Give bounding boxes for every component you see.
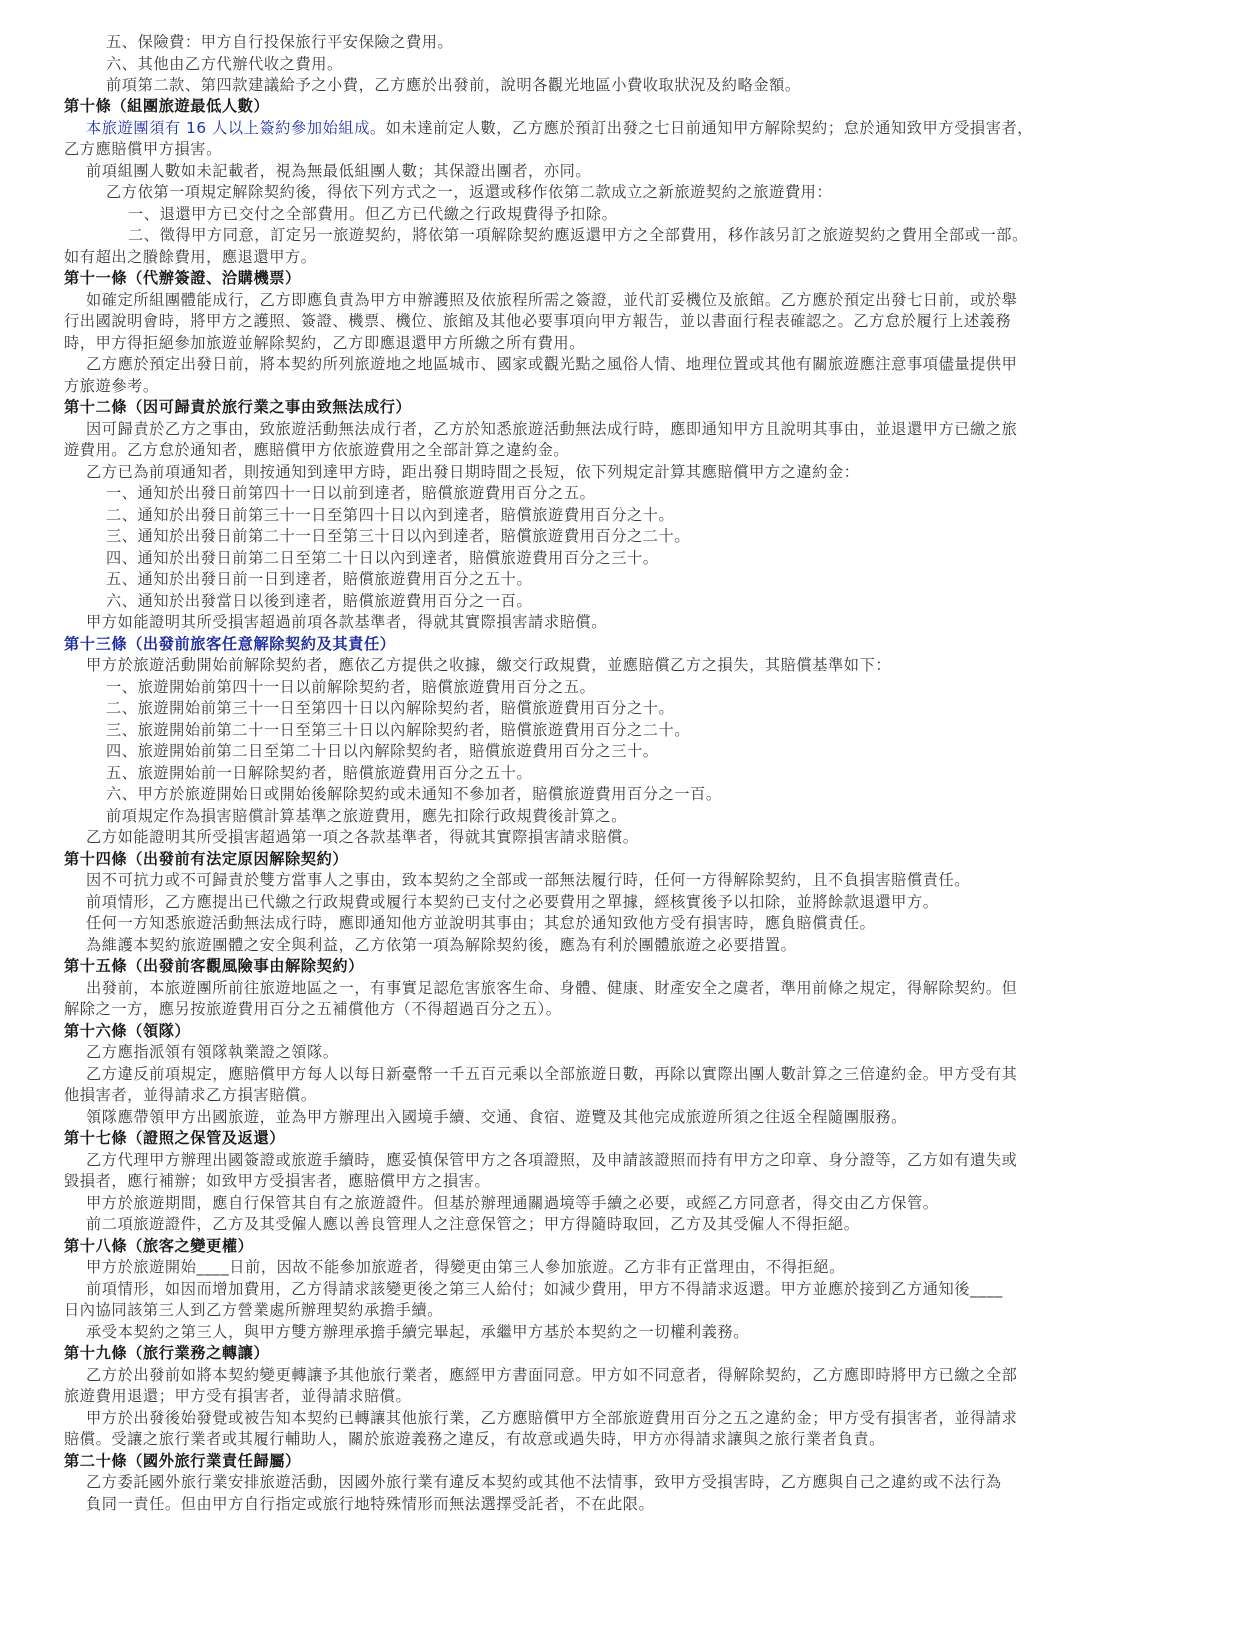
clause-16-para-2: 乙方違反前項規定，應賠償甲方每人以每日新臺幣一千五百元乘以全部旅遊日數，再除以實… [86,1063,1017,1085]
clause-11-para-1: 如確定所組團體能成行，乙方即應負責為甲方申辦護照及依旅程所需之簽證，並代訂妥機位… [86,289,1017,311]
clause-9-item-5: 五、保險費：甲方自行投保旅行平安保險之費用。 [106,31,453,53]
clause-12-item-5: 五、通知於出發日前一日到達者，賠償旅遊費用百分之五十。 [106,568,532,590]
clause-16-para-3: 領隊應帶領甲方出國旅遊，並為甲方辦理出入國境手續、交通、食宿、遊覽及其他完成旅遊… [86,1106,907,1128]
clause-10-para-2: 前項組團人數如未記載者，視為無最低組團人數；其保證出團者，亦同。 [86,160,591,182]
clause-13-para-3: 乙方如能證明其所受損害超過第一項之各款基準者，得就其實際損害請求賠償。 [86,826,639,848]
clause-16-heading: 第十六條（領隊） [64,1020,190,1042]
clause-16-para-1: 乙方應指派領有領隊執業證之領隊。 [86,1041,339,1063]
clause-14-para-1: 因不可抗力或不可歸責於雙方當事人之事由，致本契約之全部或一部無法履行時，任何一方… [86,869,970,891]
clause-13-item-2: 二、旅遊開始前第三十一日至第四十日以內解除契約者，賠償旅遊費用百分之十。 [106,697,674,719]
clause-12-para-1-cont: 遊費用。乙方怠於通知者，應賠償甲方依旅遊費用之全部計算之違約金。 [64,439,569,461]
clause-14-heading: 第十四條（出發前有法定原因解除契約） [64,848,348,870]
clause-12-item-3: 三、通知於出發日前第二十一日至第三十日以內到達者，賠償旅遊費用百分之二十。 [106,525,690,547]
clause-13-heading: 第十三條（出發前旅客任意解除契約及其責任） [64,633,396,655]
clause-10-para-1: 本旅遊團須有 16 人以上簽約參加始組成。如未達前定人數，乙方應於預訂出發之七日… [86,117,1033,139]
clause-12-para-2: 乙方已為前項通知者，則按通知到達甲方時，距出發日期時間之長短，依下列規定計算其應… [86,461,860,483]
clause-18-para-1: 甲方於旅遊開始____日前，因故不能參加旅遊者，得變更由第三人參加旅遊。乙方非有… [86,1256,845,1278]
contract-page: 五、保險費：甲方自行投保旅行平安保險之費用。 六、其他由乙方代辦代收之費用。 前… [0,0,1240,1650]
clause-10-para-3: 乙方依第一項規定解除契約後，得依下列方式之一，返還或移作依第二款成立之新旅遊契約… [106,181,832,203]
clause-14-para-2: 前項情形，乙方應提出已代繳之行政規費或履行本契約已支付之必要費用之單據，經核實後… [86,891,939,913]
clause-10-item-2-cont: 如有超出之賸餘費用，應退還甲方。 [64,246,317,268]
clause-15-para-1-cont: 解除之一方，應另按旅遊費用百分之五補償他方（不得超過百分之五）。 [64,998,562,1020]
clause-12-para-3: 甲方如能證明其所受損害超過前項各款基準者，得就其實際損害請求賠償。 [86,611,607,633]
clause-17-para-1: 乙方代理甲方辦理出國簽證或旅遊手續時，應妥慎保管甲方之各項證照，及申請該證照而持… [86,1149,1017,1171]
clause-11-para-2-cont: 方旅遊參考。 [64,375,159,397]
clause-12-heading: 第十二條（因可歸責於旅行業之事由致無法成行） [64,396,411,418]
clause-14-para-4: 為維護本契約旅遊團體之安全與利益，乙方依第一項為解除契約後，應為有利於團體旅遊之… [86,934,796,956]
clause-17-heading: 第十七條（證照之保管及返還） [64,1127,285,1149]
clause-10-para-1-cont: 乙方應賠償甲方損害。 [64,138,222,160]
clause-10-item-2: 二、徵得甲方同意，訂定另一旅遊契約，將依第一項解除契約應返還甲方之全部費用，移作… [128,224,1028,246]
clause-19-heading: 第十九條（旅行業務之轉讓） [64,1342,269,1364]
clause-12-item-6: 六、通知於出發當日以後到達者，賠償旅遊費用百分之一百。 [106,590,532,612]
clause-12-item-2: 二、通知於出發日前第三十一日至第四十日以內到達者，賠償旅遊費用百分之十。 [106,504,674,526]
clause-19-para-2-cont: 賠償。受讓之旅行業者或其履行輔助人，關於旅遊義務之違反，有故意或過失時，甲方亦得… [64,1428,885,1450]
clause-15-para-1: 出發前，本旅遊團所前往旅遊地區之一，有事實足認危害旅客生命、身體、健康、財產安全… [86,977,1017,999]
clause-17-para-1-cont: 毀損者，應行補辦；如致甲方受損害者，應賠償甲方之損害。 [64,1170,490,1192]
clause-11-para-1-cont: 行出國說明會時，將甲方之護照、簽證、機票、機位、旅館及其他必要事項向甲方報告，並… [64,310,1011,332]
clause-10-para-1-rest: 如未達前定人數，乙方應於預訂出發之七日前通知甲方解除契約；怠於通知致甲方受損害者… [386,119,1033,137]
clause-9-tip-note: 前項第二款、第四款建議給予之小費，乙方應於出發前，說明各觀光地區小費收取狀況及約… [106,74,801,96]
clause-12-para-1: 因可歸責於乙方之事由，致旅遊活動無法成行者，乙方於知悉旅遊活動無法成行時，應即通… [86,418,1017,440]
clause-11-heading: 第十一條（代辦簽證、洽購機票） [64,267,301,289]
clause-19-para-1: 乙方於出發前如將本契約變更轉讓予其他旅行業者，應經甲方書面同意。甲方如不同意者，… [86,1364,1017,1386]
clause-11-para-1-cont2: 時，甲方得拒絕參加旅遊並解除契約，乙方即應退還甲方所繳之所有費用。 [64,332,585,354]
clause-13-item-6: 六、甲方於旅遊開始日或開始後解除契約或未通知不參加者，賠償旅遊費用百分之一百。 [106,783,722,805]
clause-15-heading: 第十五條（出發前客觀風險事由解除契約） [64,955,364,977]
clause-13-para-1: 甲方於旅遊活動開始前解除契約者，應依乙方提供之收據，繳交行政規費，並應賠償乙方之… [86,654,891,676]
clause-13-item-4: 四、旅遊開始前第二日至第二十日以內解除契約者，賠償旅遊費用百分之三十。 [106,740,659,762]
clause-13-item-5: 五、旅遊開始前一日解除契約者，賠償旅遊費用百分之五十。 [106,762,532,784]
clause-20-para-1: 乙方委託國外旅行業安排旅遊活動，因國外旅行業有違反本契約或其他不法情事，致甲方受… [86,1471,1002,1493]
clause-18-heading: 第十八條（旅客之變更權） [64,1235,253,1257]
clause-12-item-1: 一、通知於出發日前第四十一日以前到達者，賠償旅遊費用百分之五。 [106,482,595,504]
clause-19-para-1-cont: 旅遊費用退還；甲方受有損害者，並得請求賠償。 [64,1385,411,1407]
min-group-size-text: 本旅遊團須有 16 人以上簽約參加始組成。 [86,119,386,137]
clause-13-para-2: 前項規定作為損害賠償計算基準之旅遊費用，應先扣除行政規費後計算之。 [106,805,627,827]
clause-16-para-2-cont: 他損害者，並得請求乙方損害賠償。 [64,1084,317,1106]
clause-18-para-3: 承受本契約之第三人，與甲方雙方辦理承擔手續完畢起，承繼甲方基於本契約之一切權利義… [86,1321,749,1343]
clause-17-para-3: 前二項旅遊證件，乙方及其受僱人應以善良管理人之注意保管之；甲方得隨時取回，乙方及… [86,1213,860,1235]
clause-10-heading: 第十條（組團旅遊最低人數） [64,95,269,117]
clause-13-item-1: 一、旅遊開始前第四十一日以前解除契約者，賠償旅遊費用百分之五。 [106,676,595,698]
clause-17-para-2: 甲方於旅遊期間，應自行保管其自有之旅遊證件。但基於辦理通關過境等手續之必要，或經… [86,1192,939,1214]
clause-10-item-1: 一、退還甲方已交付之全部費用。但乙方已代繳之行政規費得予扣除。 [128,203,617,225]
clause-13-item-3: 三、旅遊開始前第二十一日至第三十日以內解除契約者，賠償旅遊費用百分之二十。 [106,719,690,741]
clause-19-para-2: 甲方於出發後始發覺或被告知本契約已轉讓其他旅行業，乙方應賠償甲方全部旅遊費用百分… [86,1407,1017,1429]
clause-18-para-2: 前項情形，如因而增加費用，乙方得請求該變更後之第三人給付；如減少費用，甲方不得請… [86,1278,1003,1300]
clause-14-para-3: 任何一方知悉旅遊活動無法成行時，應即通知他方並說明其事由；其怠於通知致他方受有損… [86,912,875,934]
clause-11-para-2: 乙方應於預定出發日前，將本契約所列旅遊地之地區城市、國家或觀光點之風俗人情、地理… [86,353,1017,375]
clause-12-item-4: 四、通知於出發日前第二日至第二十日以內到達者，賠償旅遊費用百分之三十。 [106,547,659,569]
clause-20-para-1-cont: 負同一責任。但由甲方自行指定或旅行地特殊情形而無法選擇受託者，不在此限。 [86,1493,654,1515]
clause-20-heading: 第二十條（國外旅行業責任歸屬） [64,1450,301,1472]
clause-18-para-2-cont: 日內協同該第三人到乙方營業處所辦理契約承擔手續。 [64,1299,443,1321]
clause-9-item-6: 六、其他由乙方代辦代收之費用。 [106,53,343,75]
